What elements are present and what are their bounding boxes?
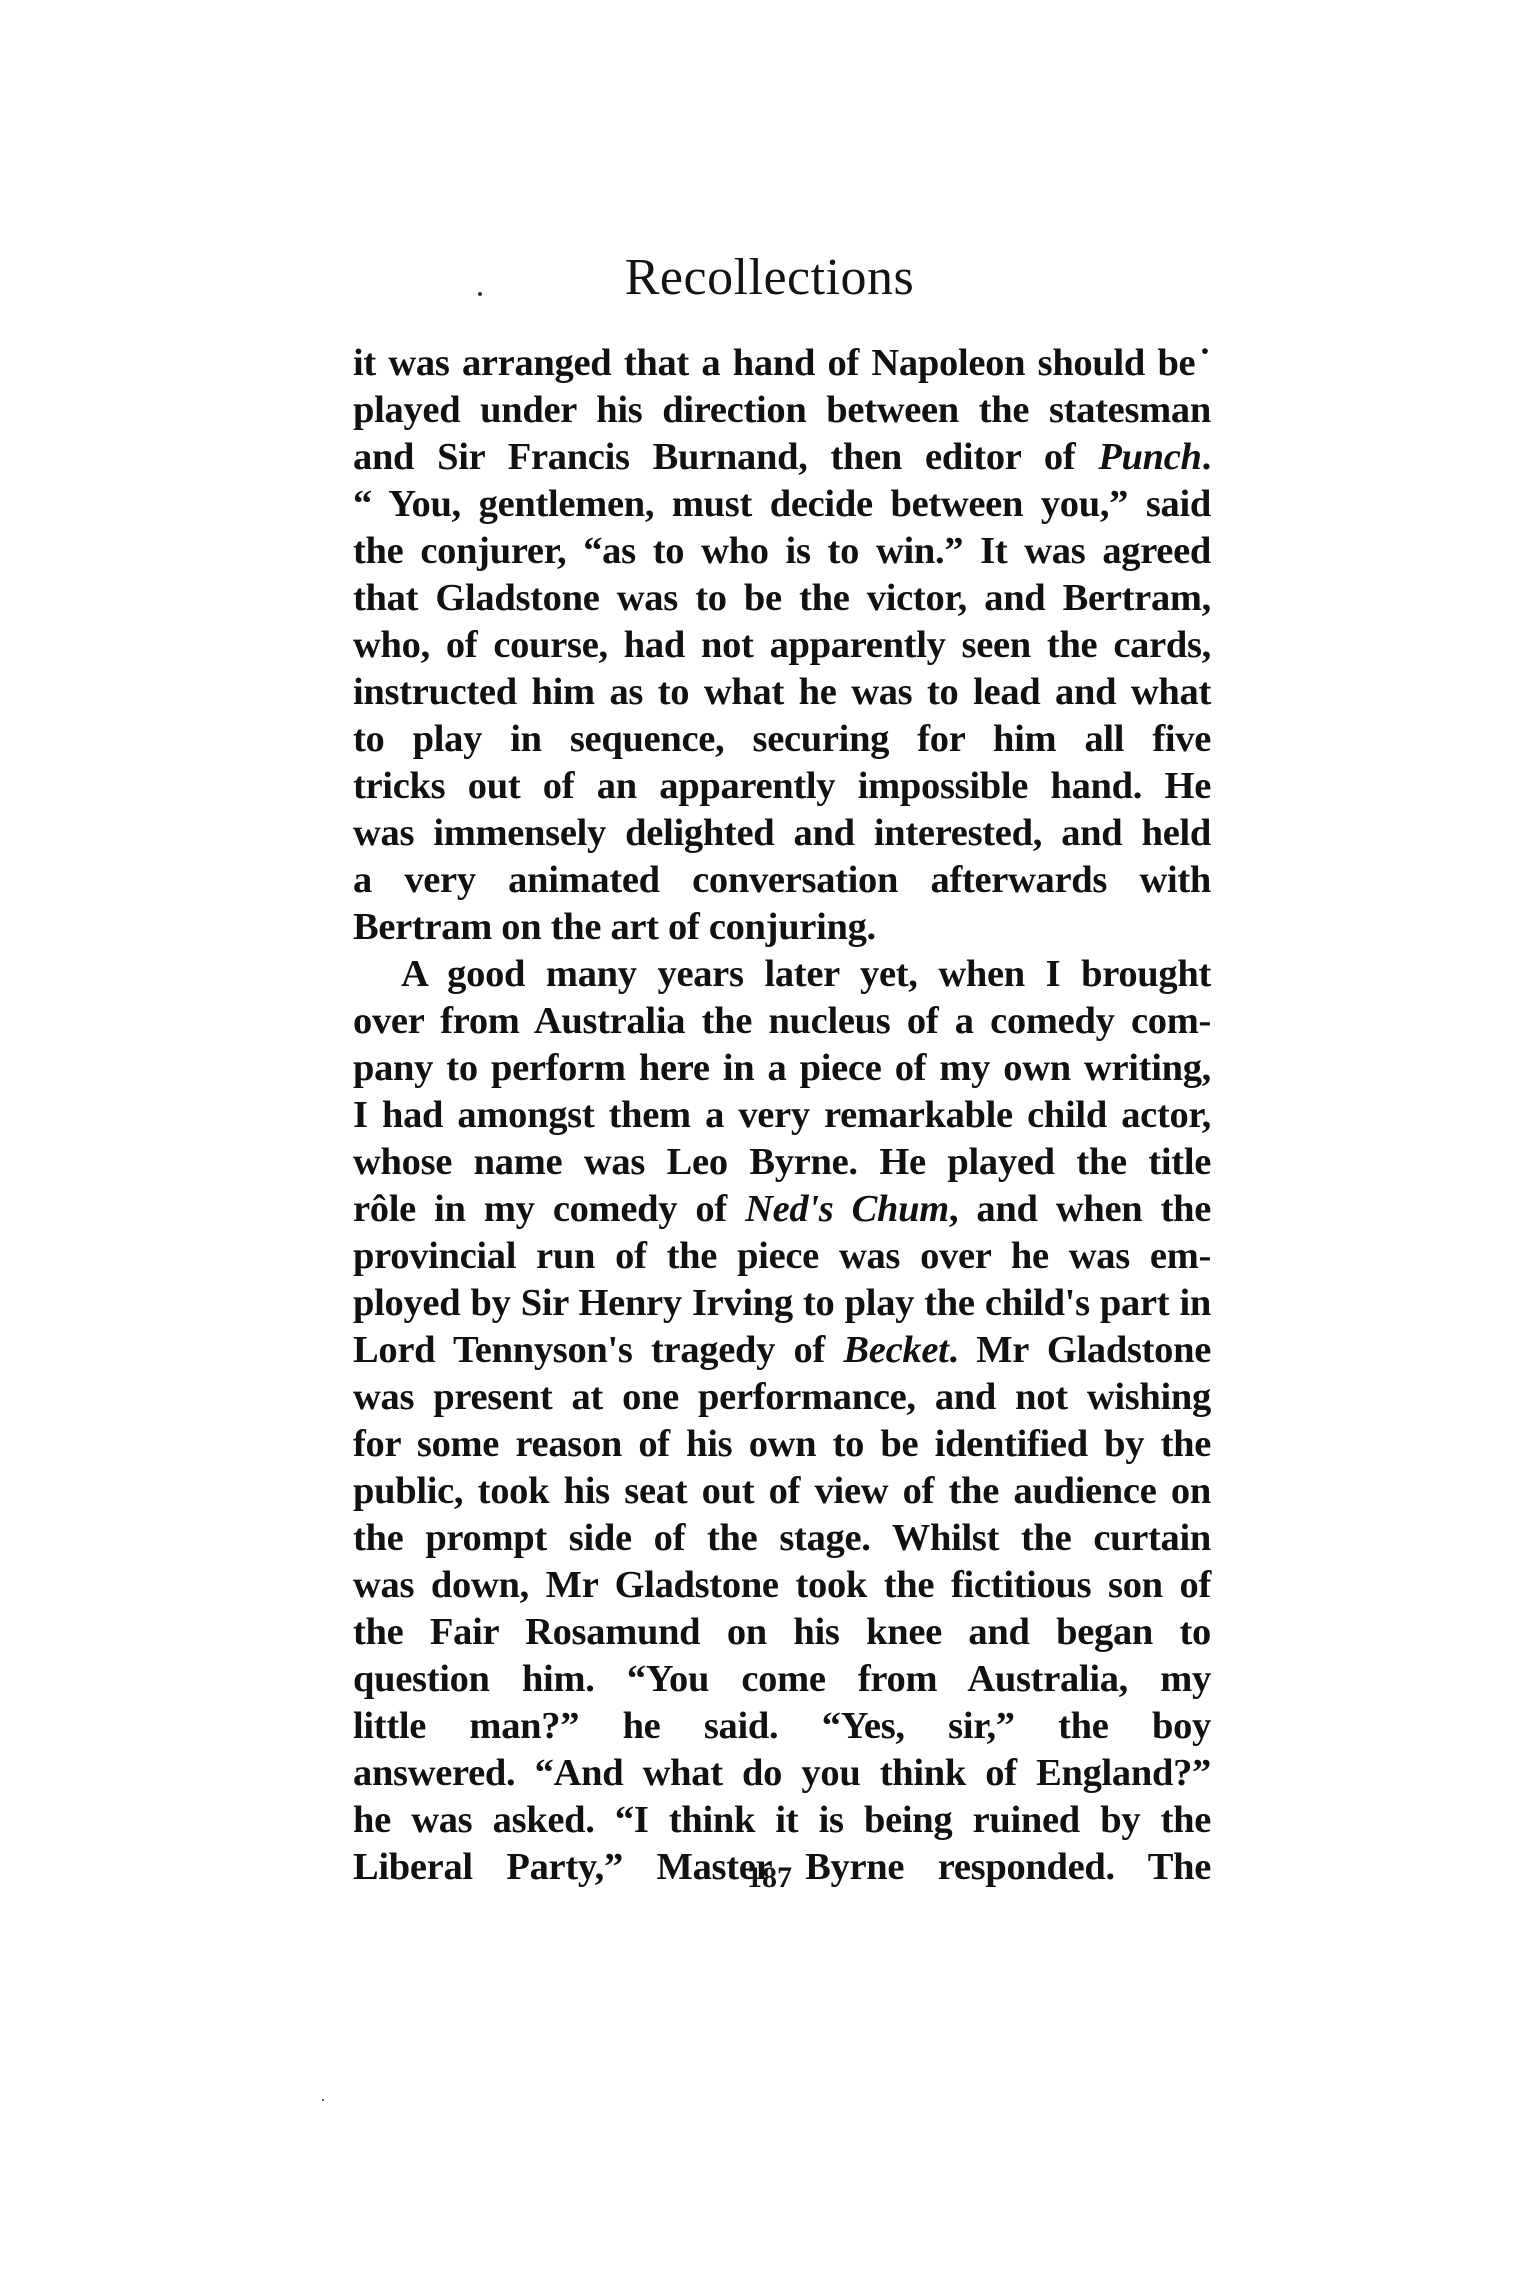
text-line: was immensely delighted and interested, … xyxy=(353,810,1211,857)
text-run: , and when the xyxy=(949,1188,1211,1230)
text-line: played under his direction between the s… xyxy=(353,387,1211,434)
text-line: who, of course, had not apparently seen … xyxy=(353,622,1211,669)
text-line: public, took his seat out of view of the… xyxy=(353,1468,1211,1515)
text-run: . Mr Gladstone xyxy=(949,1329,1211,1371)
text-line: little man?” he said. “Yes, sir,” the bo… xyxy=(353,1703,1211,1750)
paragraph-2: A good many years later yet, when I brou… xyxy=(353,951,1211,1891)
text-line: for some reason of his own to be identif… xyxy=(353,1421,1211,1468)
text-line: over from Australia the nucleus of a com… xyxy=(353,998,1211,1045)
text-line: tricks out of an apparently impossible h… xyxy=(353,763,1211,810)
text-line: Bertram on the art of conjuring. xyxy=(353,904,1211,951)
text-line: Lord Tennyson's tragedy of Becket. Mr Gl… xyxy=(353,1327,1211,1374)
text-run: Lord Tennyson's tragedy of xyxy=(353,1329,843,1371)
text-run: . xyxy=(1202,436,1211,478)
publication-title-punch: Punch xyxy=(1098,436,1201,478)
text-line: was present at one performance, and not … xyxy=(353,1374,1211,1421)
text-line: provincial run of the piece was over he … xyxy=(353,1233,1211,1280)
page-number: 187 xyxy=(0,1860,1539,1896)
text-run: rôle in my comedy of xyxy=(353,1188,745,1230)
text-line: pany to perform here in a piece of my ow… xyxy=(353,1045,1211,1092)
text-line: “ You, gentlemen, must decide between yo… xyxy=(353,481,1211,528)
text-line: and Sir Francis Burnand, then editor of … xyxy=(353,434,1211,481)
text-line: I had amongst them a very remarkable chi… xyxy=(353,1092,1211,1139)
text-line: it was arranged that a hand of Napoleon … xyxy=(353,340,1211,387)
print-speck xyxy=(478,292,482,296)
text-line: whose name was Leo Byrne. He played the … xyxy=(353,1139,1211,1186)
text-line: the conjurer, “as to who is to win.” It … xyxy=(353,528,1211,575)
print-speck xyxy=(322,2099,324,2101)
body-text: it was arranged that a hand of Napoleon … xyxy=(353,340,1211,1891)
play-title-neds-chum: Ned's Chum xyxy=(745,1188,949,1230)
text-line: he was asked. “I think it is being ruine… xyxy=(353,1797,1211,1844)
book-page: Recollections it was arranged that a han… xyxy=(0,0,1539,2282)
text-line: instructed him as to what he was to lead… xyxy=(353,669,1211,716)
text-line: ployed by Sir Henry Irving to play the c… xyxy=(353,1280,1211,1327)
play-title-becket: Becket xyxy=(843,1329,948,1371)
text-line: to play in sequence, securing for him al… xyxy=(353,716,1211,763)
paragraph-1: it was arranged that a hand of Napoleon … xyxy=(353,340,1211,951)
text-run: and Sir Francis Burnand, then editor of xyxy=(353,436,1098,478)
text-line: the prompt side of the stage. Whilst the… xyxy=(353,1515,1211,1562)
text-line: question him. “You come from Australia, … xyxy=(353,1656,1211,1703)
text-line: was down, Mr Gladstone took the fictitio… xyxy=(353,1562,1211,1609)
text-line: a very animated conversation afterwards … xyxy=(353,857,1211,904)
text-line: answered. “And what do you think of Engl… xyxy=(353,1750,1211,1797)
text-line: the Fair Rosamund on his knee and began … xyxy=(353,1609,1211,1656)
text-line: rôle in my comedy of Ned's Chum, and whe… xyxy=(353,1186,1211,1233)
text-line: that Gladstone was to be the victor, and… xyxy=(353,575,1211,622)
text-line: A good many years later yet, when I brou… xyxy=(353,951,1211,998)
running-head: Recollections xyxy=(0,248,1539,308)
